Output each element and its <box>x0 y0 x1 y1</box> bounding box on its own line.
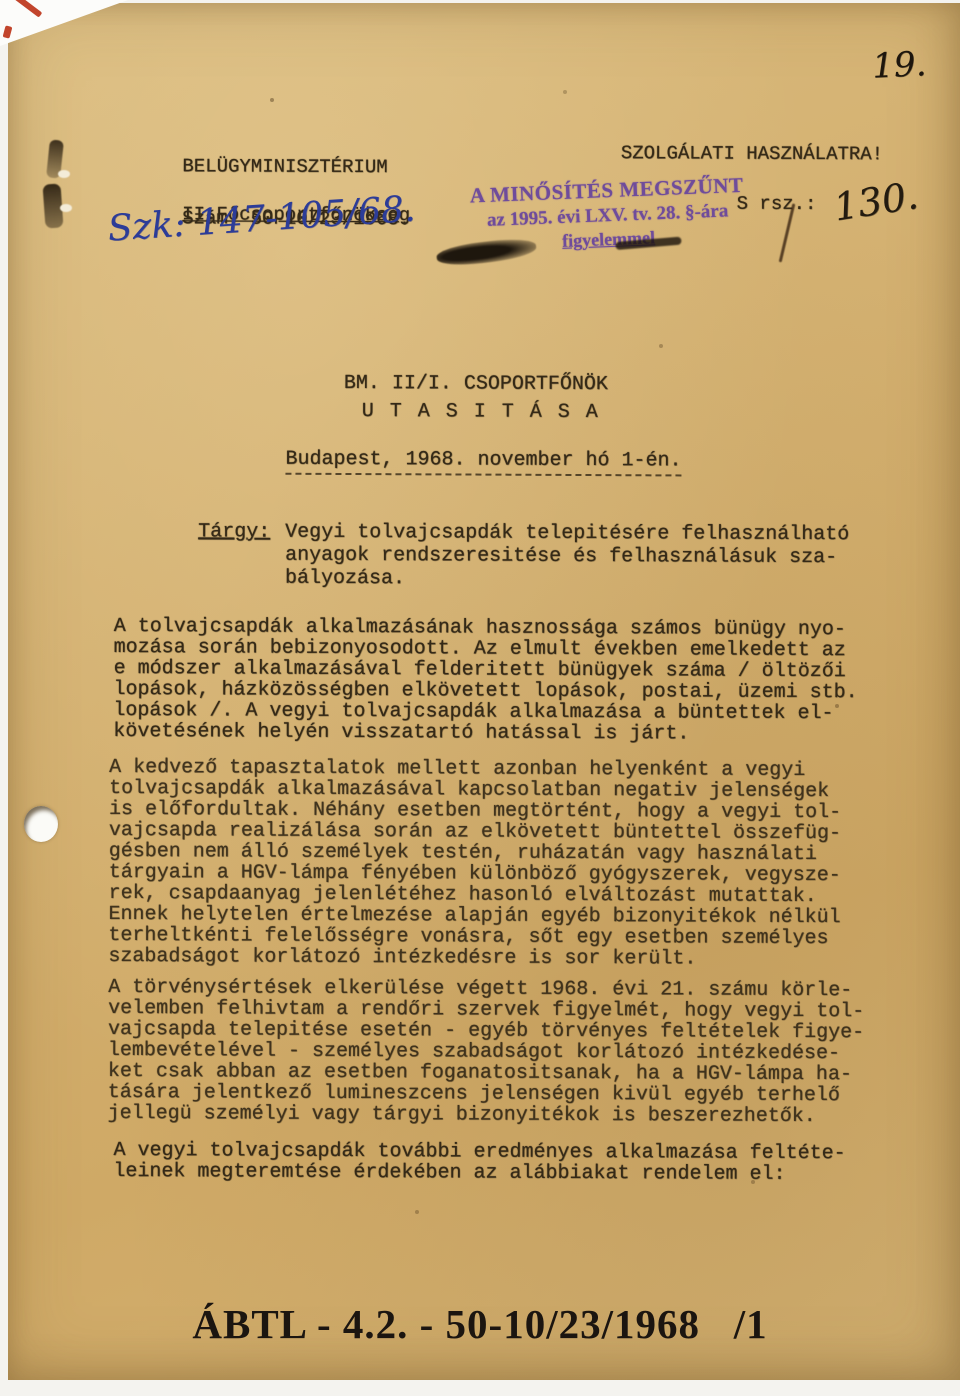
red-fold-dot <box>3 25 13 38</box>
serial-number-label: S rsz.: <box>737 193 817 215</box>
document-content: 19. BELÜGYMINISZTÉRIUM II.Főcsoportfőnök… <box>0 0 960 1396</box>
org-name-line1: BELÜGYMINISZTÉRIUM <box>182 155 387 178</box>
subject-text: Vegyi tolvajcsapdák telepitésére felhasz… <box>285 521 849 592</box>
archive-reference-footer: ÁBTL - 4.2. - 50-10/23/1968 /1 <box>0 1300 960 1348</box>
punch-hole <box>24 806 58 842</box>
page-corner-number: 19. <box>871 44 927 87</box>
body-paragraph-3: A törvénysértések elkerülése végett 1968… <box>108 977 865 1127</box>
staple-glint-2 <box>60 204 72 212</box>
classification-marking: SZOLGÁLATI HASZNÁLATRA! <box>621 142 883 165</box>
title-line1: BM. II/I. CSOPORTFŐNÖK <box>344 372 608 396</box>
title-line2: U T A S I T Á S A <box>362 400 600 424</box>
staple-glint-1 <box>58 170 70 178</box>
body-paragraph-2: A kedvező tapasztalatok mellett azonban … <box>108 757 841 970</box>
title-dateline: Budapest, 1968. november hó 1-én. <box>285 448 681 477</box>
body-paragraph-1: A tolvajcsapdák alkalmazásának hasznossá… <box>113 616 858 745</box>
red-fold-mark <box>12 0 43 18</box>
serial-number-value: 130. <box>831 173 921 229</box>
subject-label: Tárgy: <box>198 520 270 543</box>
body-paragraph-4: A vegyi tolvajcsapdák további eredményes… <box>113 1140 845 1185</box>
